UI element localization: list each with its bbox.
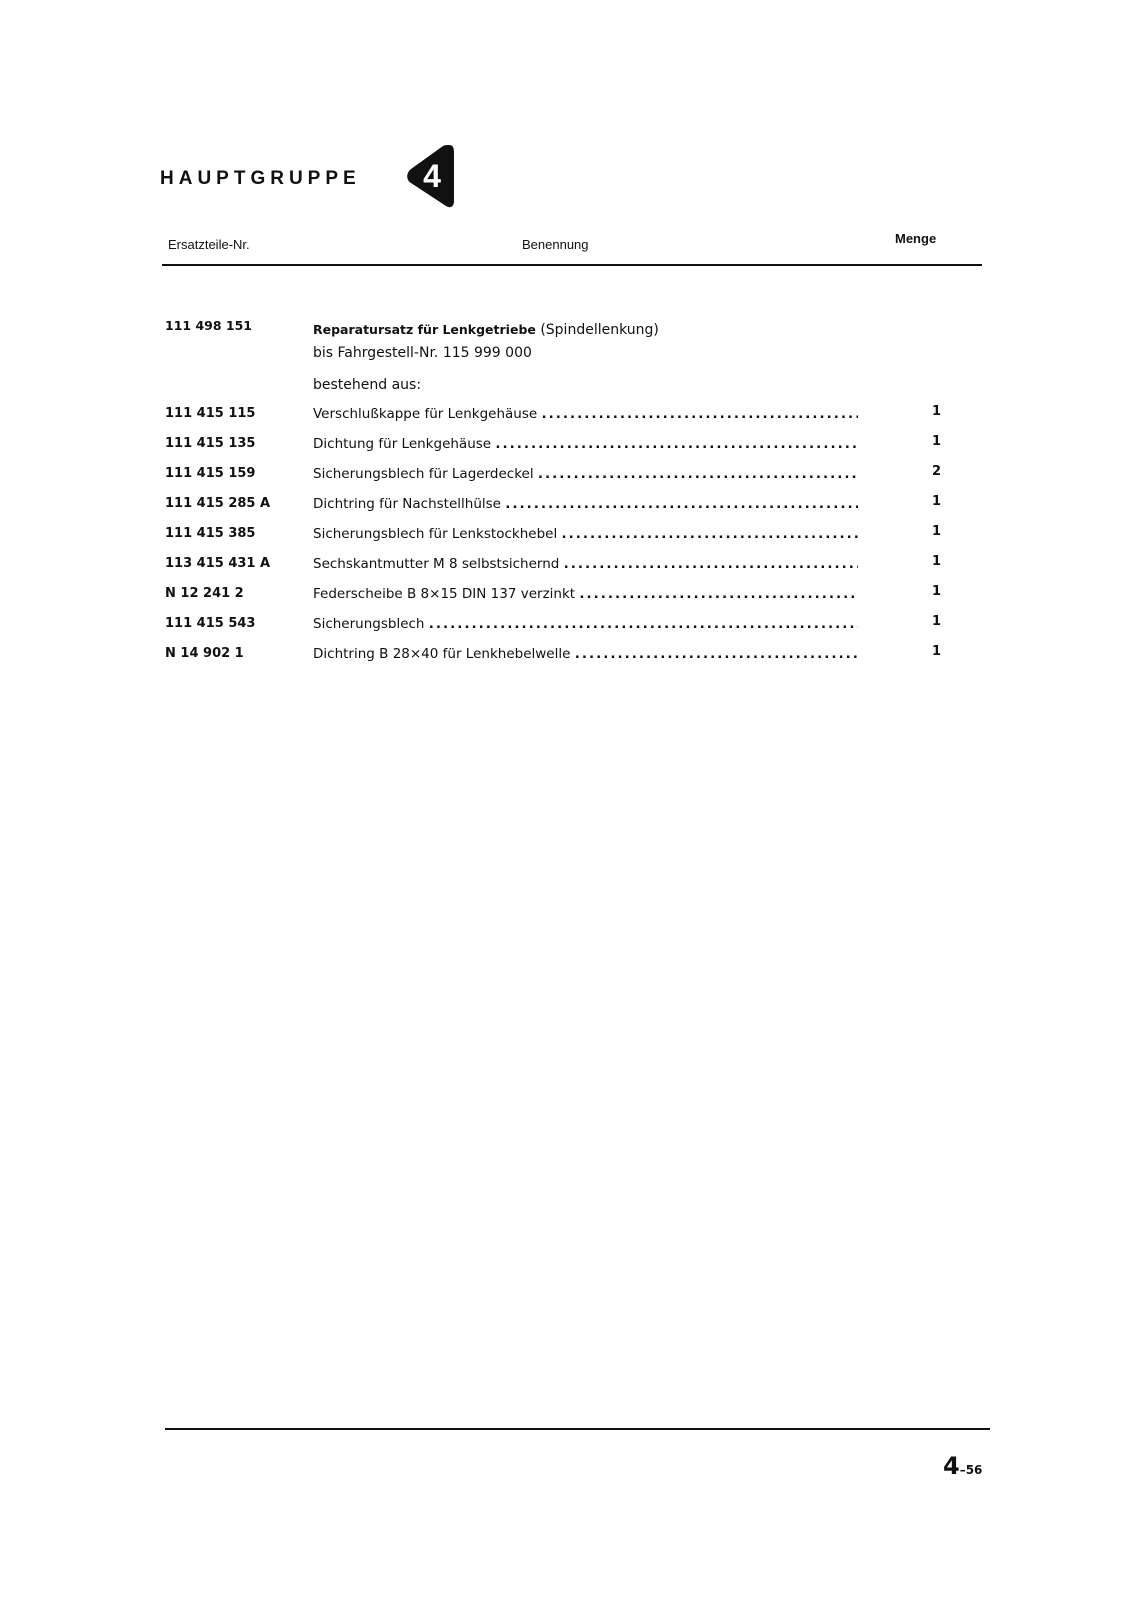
part-description: Verschlußkappe für Lenkgehäuse .........… — [313, 406, 858, 422]
main-group-title: HAUPTGRUPPE — [160, 168, 361, 190]
part-description: Sicherungsblech für Lenkstockhebel .....… — [313, 526, 858, 542]
table-row: 111 415 135 Dichtung für Lenkgehäuse ...… — [165, 436, 965, 466]
page-number: 4–56 — [943, 1452, 982, 1480]
column-header-designation: Benennung — [522, 237, 589, 252]
part-number: 111 415 385 — [165, 526, 305, 541]
column-header-quantity: Menge — [895, 231, 936, 246]
table-row: 111 415 115 Verschlußkappe für Lenkgehäu… — [165, 406, 965, 436]
parts-list: 111 415 115 Verschlußkappe für Lenkgehäu… — [165, 406, 965, 676]
table-row: 111 415 285 A Dichtring für Nachstellhül… — [165, 496, 965, 526]
part-number: 111 415 159 — [165, 466, 305, 481]
part-number: N 12 241 2 — [165, 586, 305, 601]
group-number: 4 — [423, 158, 441, 194]
table-row: N 14 902 1 Dichtring B 28×40 für Lenkheb… — [165, 646, 965, 676]
part-description: Federscheibe B 8×15 DIN 137 verzinkt ...… — [313, 586, 858, 602]
triangle-badge-icon: 4 — [405, 143, 455, 209]
table-row: 111 415 385 Sicherungsblech für Lenkstoc… — [165, 526, 965, 556]
part-description: Sechskantmutter M 8 selbstsichernd .....… — [313, 556, 858, 572]
footer-divider — [165, 1428, 990, 1430]
kit-subtitle: bis Fahrgestell-Nr. 115 999 000 — [313, 345, 532, 361]
part-quantity: 1 — [932, 524, 941, 539]
part-quantity: 1 — [932, 584, 941, 599]
kit-title: Reparatursatz für Lenkgetriebe — [313, 322, 536, 337]
group-number-badge: 4 — [405, 143, 455, 209]
part-quantity: 1 — [932, 494, 941, 509]
part-quantity: 1 — [932, 434, 941, 449]
kit-description: Reparatursatz für Lenkgetriebe (Spindell… — [313, 318, 913, 365]
column-header-part-number: Ersatzteile-Nr. — [168, 237, 250, 252]
table-row: 111 415 543 Sicherungsblech ............… — [165, 616, 965, 646]
table-row: 111 415 159 Sicherungsblech für Lagerdec… — [165, 466, 965, 496]
part-number: N 14 902 1 — [165, 646, 305, 661]
part-quantity: 1 — [932, 554, 941, 569]
kit-title-note: (Spindellenkung) — [536, 322, 659, 338]
part-description: Dichtung für Lenkgehäuse ...............… — [313, 436, 858, 452]
part-description: Dichtring für Nachstellhülse ...........… — [313, 496, 858, 512]
part-description: Sicherungsblech für Lagerdeckel ........… — [313, 466, 858, 482]
header-divider — [162, 264, 982, 266]
part-number: 113 415 431 A — [165, 556, 305, 571]
kit-part-number: 111 498 151 — [165, 318, 305, 333]
part-quantity: 1 — [932, 404, 941, 419]
part-number: 111 415 543 — [165, 616, 305, 631]
part-number: 111 415 135 — [165, 436, 305, 451]
part-description: Sicherungsblech ........................… — [313, 616, 858, 632]
part-number: 111 415 115 — [165, 406, 305, 421]
table-row: 113 415 431 A Sechskantmutter M 8 selbst… — [165, 556, 965, 586]
consisting-of-label: bestehend aus: — [313, 377, 421, 393]
table-row: N 12 241 2 Federscheibe B 8×15 DIN 137 v… — [165, 586, 965, 616]
part-number: 111 415 285 A — [165, 496, 305, 511]
part-quantity: 1 — [932, 614, 941, 629]
part-description: Dichtring B 28×40 für Lenkhebelwelle ...… — [313, 646, 858, 662]
part-quantity: 2 — [932, 464, 941, 479]
part-quantity: 1 — [932, 644, 941, 659]
